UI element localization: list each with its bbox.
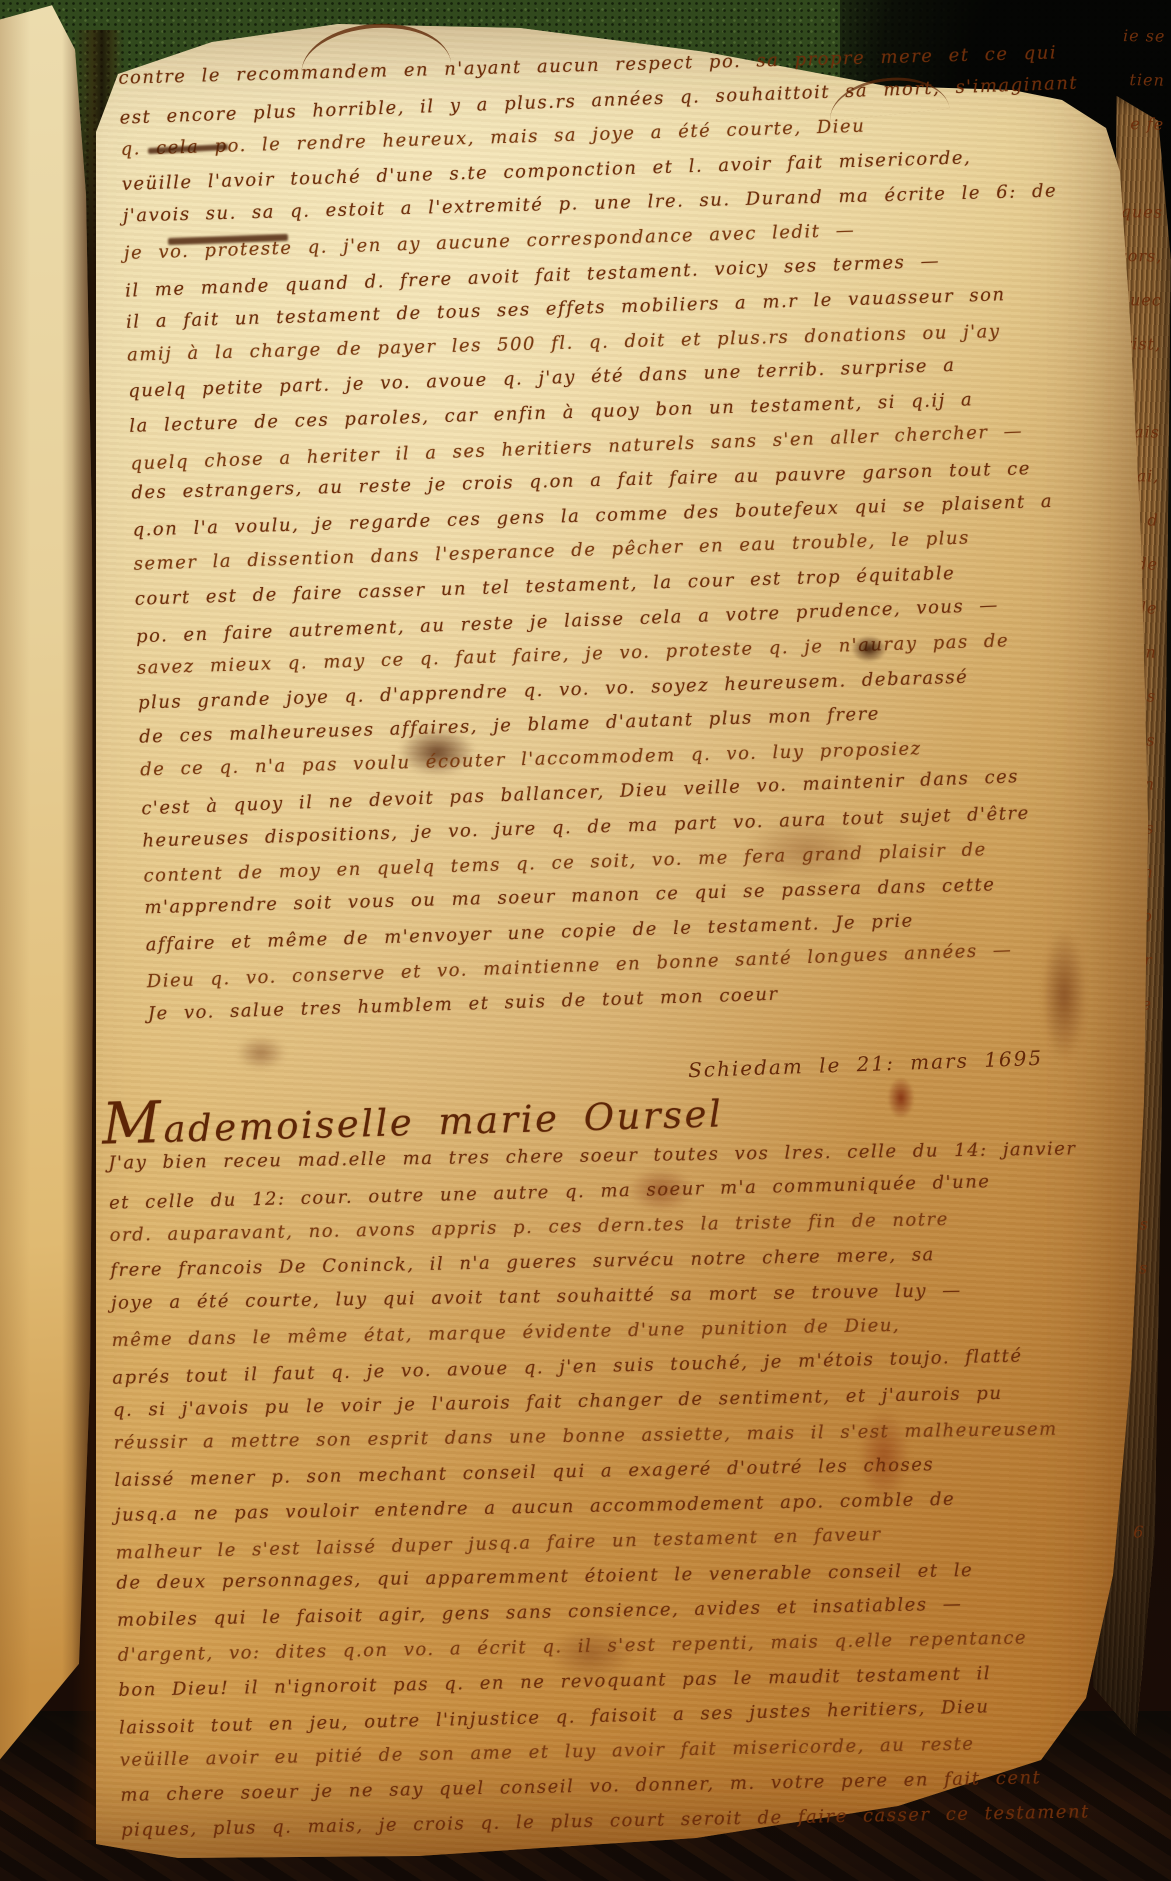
letter-1-body: contre le recommandem en n'ayant aucun r… [118,32,1171,1033]
manuscript-photo: ie setiene fequescors,auechrist,vaiserai… [0,0,1171,1881]
ink-stain [236,1036,286,1070]
ink-blot [888,1078,914,1118]
letter-2-body: J'ay bien receu mad.elle ma tres chere s… [108,1128,1166,1848]
ink-blot [852,636,886,662]
